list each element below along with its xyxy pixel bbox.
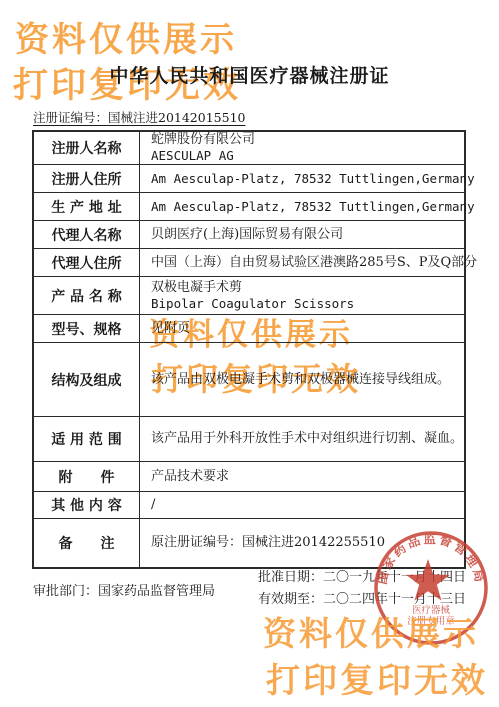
certificate-table: 注册人名称 蛇牌股份有限公司 AESCULAP AG 注册人住所 Am Aesc… — [32, 130, 466, 569]
value-line: Bipolar Coagulator Scissors — [151, 296, 458, 312]
value-line: 贝朗医疗(上海)国际贸易有限公司 — [151, 227, 458, 243]
row-registrant-name: 注册人名称 蛇牌股份有限公司 AESCULAP AG — [34, 132, 464, 165]
field-label: 注册人住所 — [34, 165, 140, 192]
field-value: 中国（上海）自由贸易试验区港澳路285号S、P及Q部分 — [140, 249, 483, 276]
field-value: Am Aesculap-Platz, 78532 Tuttlingen,Germ… — [140, 165, 481, 192]
watermark-bottom-line1: 资料仅供展示 — [263, 608, 479, 655]
value-line: 该产品由双极电凝手术剪和双极器械连接导线组成。 — [151, 372, 458, 388]
field-label: 型号、规格 — [34, 315, 140, 342]
field-label: 产 品 名 称 — [34, 277, 140, 314]
field-label: 适 用 范 围 — [34, 417, 140, 461]
certificate-page: 资料仅供展示 打印复印无效 资料仅供展示 打印复印无效 资料仅供展示 打印复印无… — [0, 0, 499, 707]
field-value: 蛇牌股份有限公司 AESCULAP AG — [140, 132, 464, 164]
field-label: 附 件 — [34, 462, 140, 491]
value-line: 见附页 — [151, 321, 458, 337]
field-value: 产品技术要求 — [140, 462, 464, 491]
row-product-name: 产 品 名 称 双极电凝手术剪 Bipolar Coagulator Sciss… — [34, 277, 464, 315]
value-line: Am Aesculap-Platz, 78532 Tuttlingen,Germ… — [151, 199, 475, 215]
value-line: 该产品用于外科开放性手术中对组织进行切割、凝血。 — [151, 431, 463, 447]
row-structure-composition: 结构及组成 该产品由双极电凝手术剪和双极器械连接导线组成。 — [34, 343, 464, 417]
row-agent-address: 代理人住所 中国（上海）自由贸易试验区港澳路285号S、P及Q部分 — [34, 249, 464, 277]
field-value: 双极电凝手术剪 Bipolar Coagulator Scissors — [140, 277, 464, 314]
value-line: Am Aesculap-Platz, 78532 Tuttlingen,Germ… — [151, 171, 475, 187]
field-value: 该产品由双极电凝手术剪和双极器械连接导线组成。 — [140, 343, 464, 416]
field-label: 注册人名称 — [34, 132, 140, 164]
field-value: Am Aesculap-Platz, 78532 Tuttlingen,Germ… — [140, 193, 481, 220]
value-line: AESCULAP AG — [151, 148, 458, 164]
page-title: 中华人民共和国医疗器械注册证 — [0, 61, 499, 88]
value-line: 中国（上海）自由贸易试验区港澳路285号S、P及Q部分 — [151, 255, 477, 271]
field-label: 生 产 地 址 — [34, 193, 140, 220]
field-value: 贝朗医疗(上海)国际贸易有限公司 — [140, 221, 464, 248]
row-other-content: 其 他 内 容 / — [34, 492, 464, 519]
field-label: 代理人住所 — [34, 249, 140, 276]
certificate-number: 注册证编号：国械注进20142015510 — [33, 108, 245, 126]
approval-department: 审批部门：国家药品监督管理局 — [33, 580, 215, 599]
row-agent-name: 代理人名称 贝朗医疗(上海)国际贸易有限公司 — [34, 221, 464, 249]
row-model-spec: 型号、规格 见附页 — [34, 315, 464, 343]
value-line: / — [151, 497, 458, 513]
watermark-top-line1: 资料仅供展示 — [15, 12, 237, 61]
field-label: 代理人名称 — [34, 221, 140, 248]
field-label: 其 他 内 容 — [34, 492, 140, 518]
field-label: 备 注 — [34, 519, 140, 567]
watermark-bottom-line2: 打印复印无效 — [266, 653, 488, 702]
field-label: 结构及组成 — [34, 343, 140, 416]
value-line: 蛇牌股份有限公司 — [151, 132, 458, 148]
value-line: 产品技术要求 — [151, 469, 458, 485]
row-scope-of-use: 适 用 范 围 该产品用于外科开放性手术中对组织进行切割、凝血。 — [34, 417, 464, 462]
seal-star-icon — [406, 559, 450, 601]
field-value: 该产品用于外科开放性手术中对组织进行切割、凝血。 — [140, 417, 469, 461]
field-value: / — [140, 492, 464, 518]
row-production-address: 生 产 地 址 Am Aesculap-Platz, 78532 Tuttlin… — [34, 193, 464, 221]
field-value: 见附页 — [140, 315, 464, 342]
row-registrant-address: 注册人住所 Am Aesculap-Platz, 78532 Tuttlinge… — [34, 165, 464, 193]
value-line: 双极电凝手术剪 — [151, 280, 458, 296]
row-attachment: 附 件 产品技术要求 — [34, 462, 464, 492]
